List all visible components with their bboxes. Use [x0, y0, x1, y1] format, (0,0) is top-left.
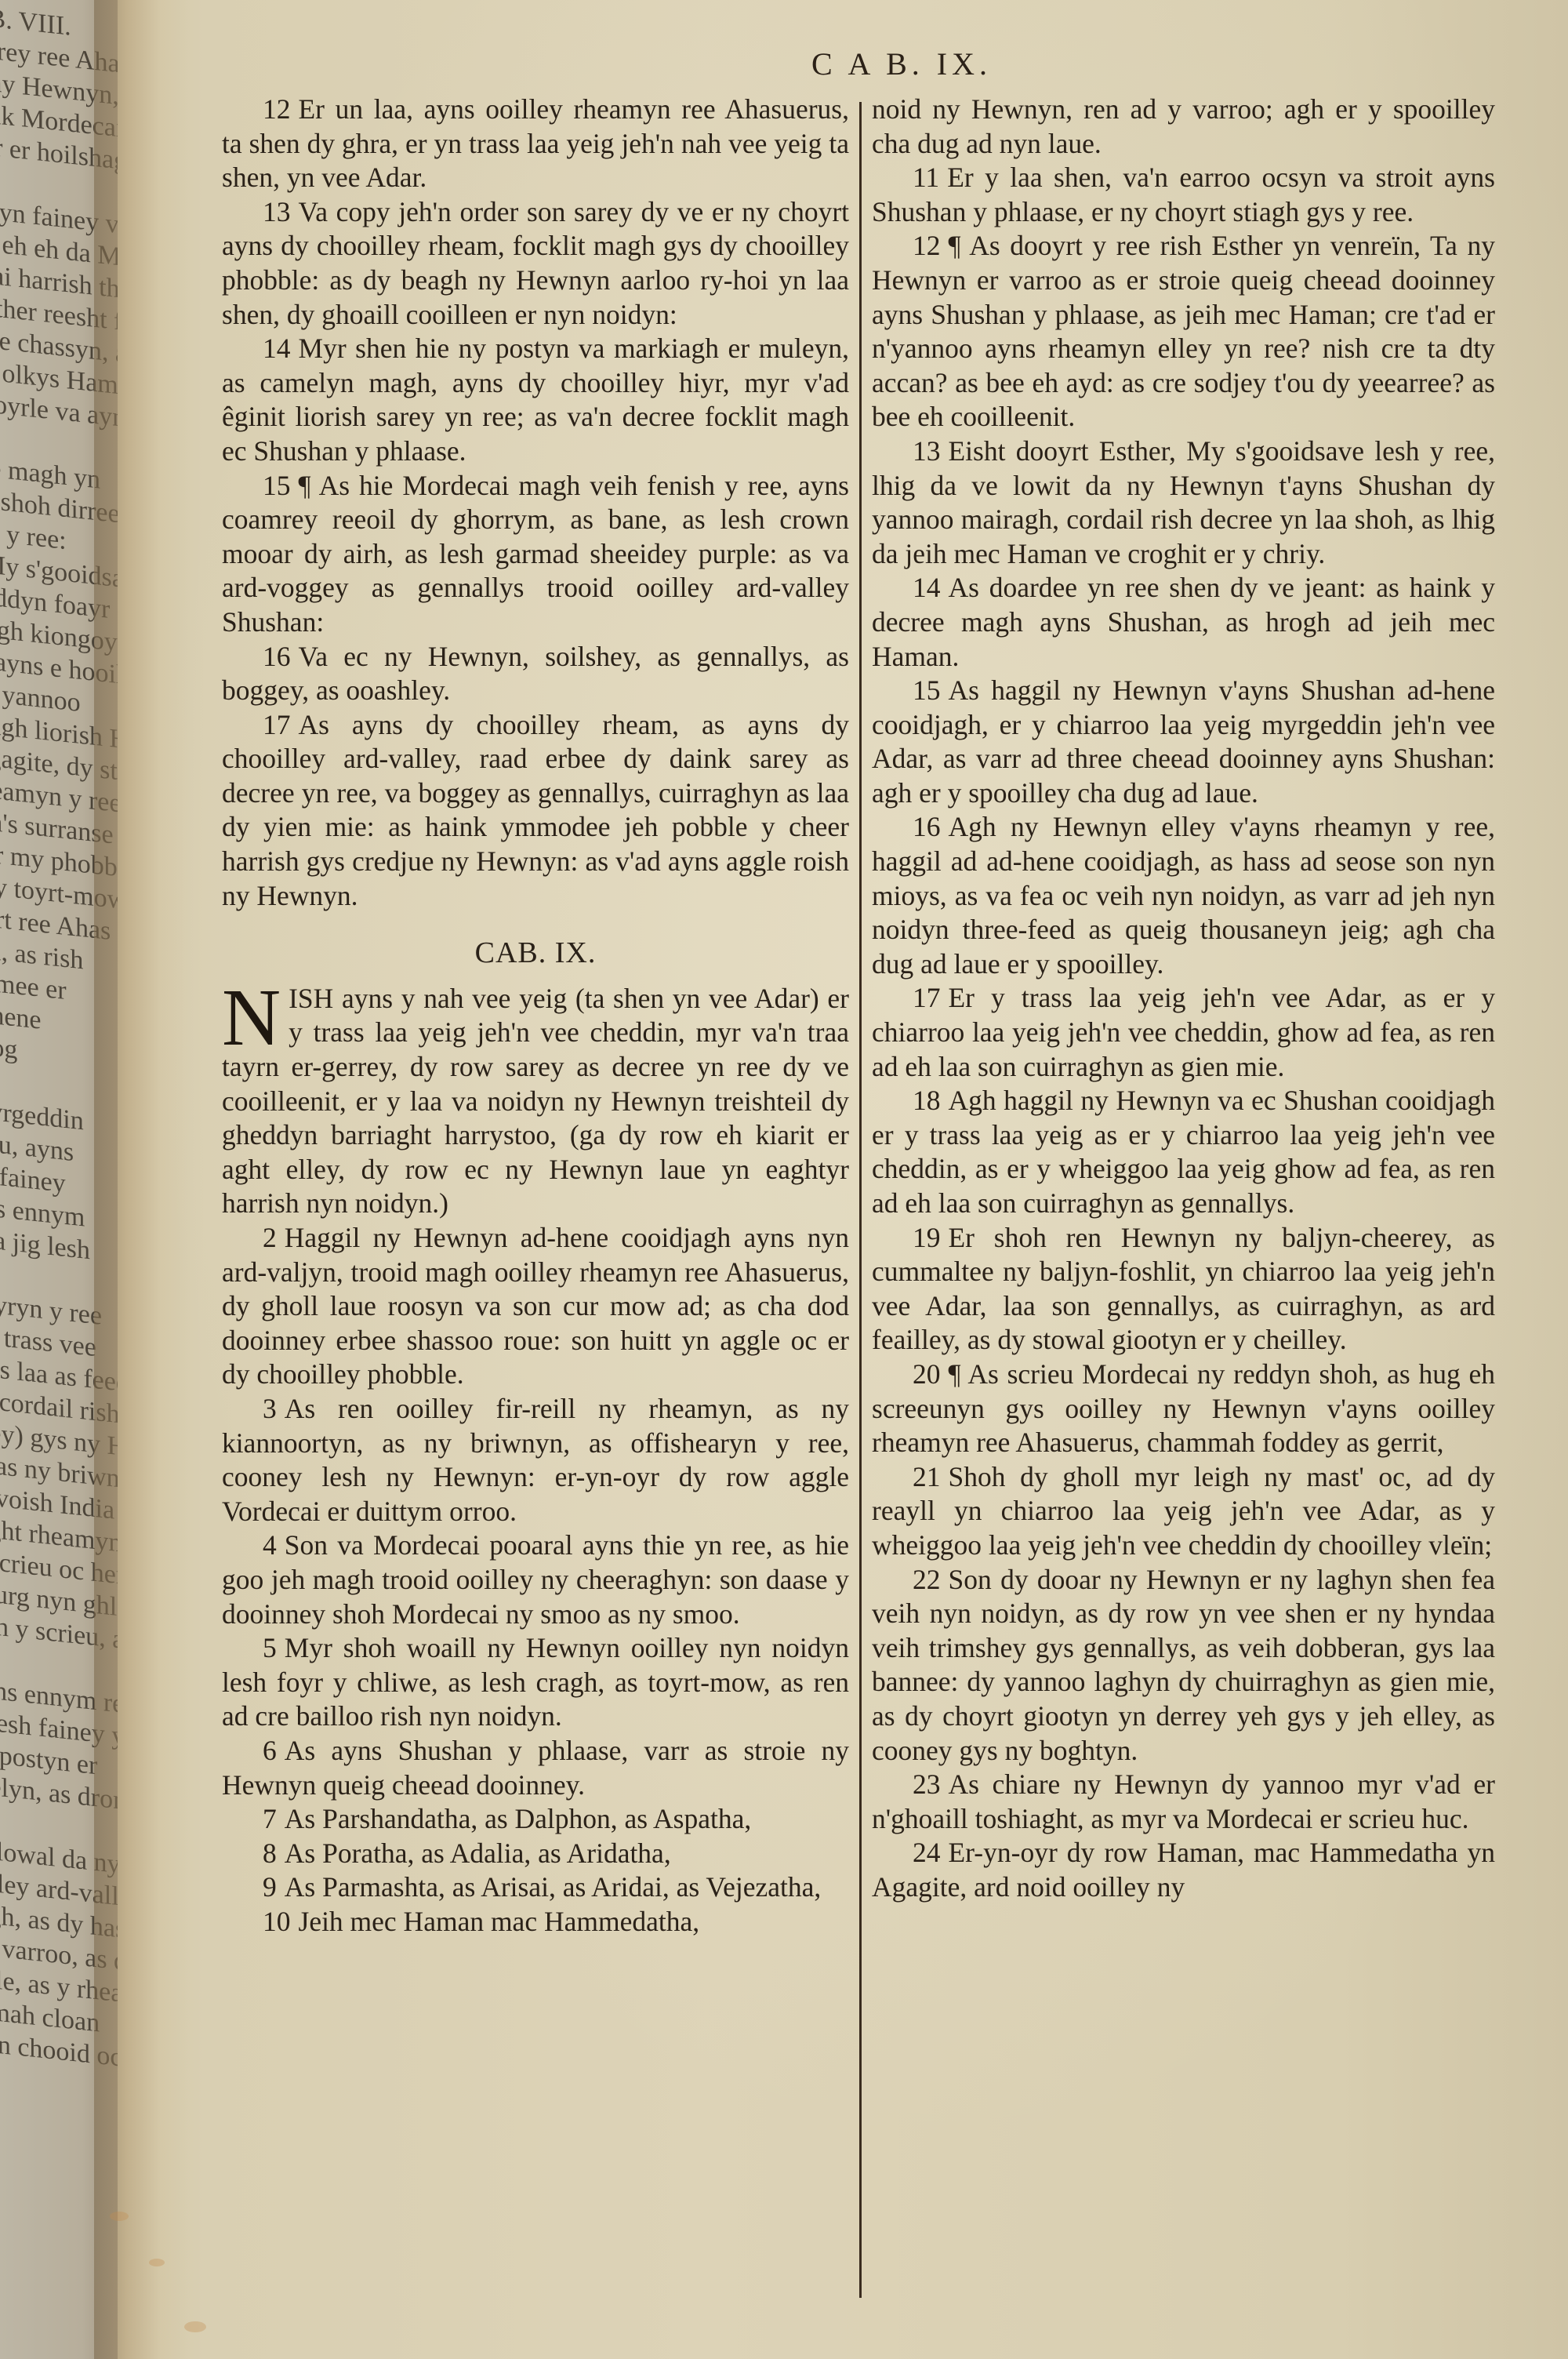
- verse-23: 23As chiare ny Hewnyn dy yannoo myr v'ad…: [872, 1768, 1495, 1836]
- chapter-ix-verses-left: 2Haggil ny Hewnyn ad-hene cooidjagh ayns…: [222, 1221, 849, 1939]
- verse-number: 15: [263, 470, 291, 501]
- verse-number: 18: [913, 1085, 941, 1116]
- verse-text: Son va Mordecai pooaral ayns thie yn ree…: [222, 1529, 849, 1629]
- verse-text: Va copy jeh'n order son sarey dy ve er n…: [222, 196, 849, 330]
- verse-8: 8As Poratha, as Adalia, as Aridatha,: [222, 1837, 849, 1871]
- verse-14: 14Myr shen hie ny postyn va markiagh er …: [222, 332, 849, 468]
- verse-16: 16Agh ny Hewnyn elley v'ayns rheamyn y r…: [872, 810, 1495, 981]
- verse-6: 6As ayns Shushan y phlaase, varr as stro…: [222, 1734, 849, 1802]
- verse-17: 17As ayns dy chooilley rheam, as ayns dy…: [222, 708, 849, 914]
- chapter-ix-verses-right: 11Er y laa shen, va'n earroo ocsyn va st…: [872, 161, 1495, 1904]
- verse-3: 3As ren ooilley fir-reill ny rheamyn, as…: [222, 1392, 849, 1528]
- verse-text: Eisht dooyrt Esther, My s'gooidsave lesh…: [872, 435, 1495, 569]
- verse-continuation: noid ny Hewnyn, ren ad y varroo; agh er …: [872, 93, 1495, 161]
- verse-15: 15¶ As hie Mordecai magh veih fenish y r…: [222, 469, 849, 640]
- verse-number: 17: [913, 982, 941, 1013]
- pilcrow-icon: ¶: [299, 470, 319, 501]
- verse-text: Agh haggil ny Hewnyn va ec Shushan cooid…: [872, 1085, 1495, 1219]
- verse-number: 17: [263, 709, 291, 740]
- verse-number: 8: [263, 1837, 277, 1869]
- opening-caps: ISH: [289, 983, 333, 1014]
- running-head: C A B. IX.: [776, 45, 1027, 82]
- verse-number: 2: [263, 1222, 277, 1253]
- verse-24: 24Er-yn-oyr dy row Haman, mac Hammedatha…: [872, 1836, 1495, 1904]
- verse-text: Haggil ny Hewnyn ad-hene cooidjagh ayns …: [222, 1222, 849, 1390]
- verse-number: 21: [913, 1461, 941, 1492]
- verse-number: 13: [913, 435, 941, 467]
- verse-text: Er shoh ren Hewnyn ny baljyn-cheerey, as…: [872, 1222, 1495, 1356]
- verse-text: Shoh dy gholl myr leigh ny mast' oc, ad …: [872, 1461, 1495, 1561]
- verse-text: Er-yn-oyr dy row Haman, mac Hammedatha y…: [872, 1837, 1495, 1903]
- verse-text: As chiare ny Hewnyn dy yannoo myr v'ad e…: [872, 1768, 1495, 1834]
- verse-number: 12: [913, 230, 941, 261]
- verse-12: 12¶ As dooyrt y ree rish Esther yn venre…: [872, 229, 1495, 434]
- verse-22: 22Son dy dooar ny Hewnyn er ny laghyn sh…: [872, 1563, 1495, 1768]
- chapter-viii-verses: 12Er un laa, ayns ooilley rheamyn ree Ah…: [222, 93, 849, 913]
- verse-number: 10: [263, 1906, 291, 1937]
- verse-number: 11: [913, 162, 939, 193]
- verse-number: 16: [263, 641, 291, 672]
- verse-number: 24: [913, 1837, 941, 1868]
- verse-16: 16Va ec ny Hewnyn, soilshey, as gennally…: [222, 640, 849, 708]
- verse-7: 7As Parshandatha, as Dalphon, as Aspatha…: [222, 1802, 849, 1837]
- verse-19: 19Er shoh ren Hewnyn ny baljyn-cheerey, …: [872, 1221, 1495, 1358]
- left-column: 12Er un laa, ayns ooilley rheamyn ree Ah…: [222, 93, 849, 1939]
- verse-number: 14: [263, 333, 291, 364]
- verse-17: 17Er y trass laa yeig jeh'n vee Adar, as…: [872, 981, 1495, 1084]
- verse-4: 4Son va Mordecai pooaral ayns thie yn re…: [222, 1528, 849, 1631]
- verse-10: 10Jeih mec Haman mac Hammedatha,: [222, 1905, 849, 1939]
- verse-text: Va ec ny Hewnyn, soilshey, as gennallys,…: [222, 641, 849, 707]
- book-page: AB. VIII.livrey ree Ahasuerusd ny Hewnyn…: [0, 0, 1568, 2359]
- verse-12: 12Er un laa, ayns ooilley rheamyn ree Ah…: [222, 93, 849, 195]
- verse-number: 6: [263, 1735, 277, 1766]
- verse-number: 20: [913, 1358, 941, 1390]
- pilcrow-icon: ¶: [949, 1358, 968, 1390]
- verse-text: As ren ooilley fir-reill ny rheamyn, as …: [222, 1393, 849, 1527]
- foxing-stain: [110, 2212, 129, 2221]
- verse-text: Er y laa shen, va'n earroo ocsyn va stro…: [872, 162, 1495, 227]
- verse-text: As Parmashta, as Arisai, as Aridai, as V…: [285, 1871, 822, 1903]
- verse-text: As Parshandatha, as Dalphon, as Aspatha,: [285, 1803, 752, 1834]
- verse-13: 13Va copy jeh'n order son sarey dy ve er…: [222, 195, 849, 332]
- verse-number: 12: [263, 93, 291, 125]
- column-divider: [859, 102, 862, 2298]
- right-column: noid ny Hewnyn, ren ad y varroo; agh er …: [872, 93, 1495, 1904]
- pilcrow-icon: ¶: [949, 230, 970, 261]
- verse-14: 14As doardee yn ree shen dy ve jeant: as…: [872, 571, 1495, 674]
- foxing-stain: [184, 2321, 206, 2332]
- verse-number: 19: [913, 1222, 941, 1253]
- verse-text: As ayns dy chooilley rheam, as ayns dy c…: [222, 709, 849, 911]
- verse-text: Son dy dooar ny Hewnyn er ny laghyn shen…: [872, 1564, 1495, 1766]
- verse-20: 20¶ As scrieu Mordecai ny reddyn shoh, a…: [872, 1358, 1495, 1460]
- chapter-ix-opening: NISH ayns y nah vee yeig (ta shen yn vee…: [222, 982, 849, 1221]
- verse-number: 22: [913, 1564, 941, 1595]
- opening-text: ayns y nah vee yeig (ta shen yn vee Adar…: [222, 983, 849, 1219]
- verse-number: 9: [263, 1871, 277, 1903]
- verse-text: Jeih mec Haman mac Hammedatha,: [299, 1906, 700, 1937]
- chapter-heading: CAB. IX.: [222, 936, 849, 971]
- verse-13: 13Eisht dooyrt Esther, My s'gooidsave le…: [872, 434, 1495, 571]
- verse-18: 18Agh haggil ny Hewnyn va ec Shushan coo…: [872, 1084, 1495, 1220]
- verse-15: 15As haggil ny Hewnyn v'ayns Shushan ad-…: [872, 674, 1495, 810]
- verse-text: As haggil ny Hewnyn v'ayns Shushan ad-he…: [872, 674, 1495, 809]
- verse-9: 9As Parmashta, as Arisai, as Aridai, as …: [222, 1870, 849, 1905]
- verse-number: 4: [263, 1529, 277, 1561]
- verse-text: Myr shen hie ny postyn va markiagh er mu…: [222, 333, 849, 467]
- foxing-stain: [149, 2259, 165, 2266]
- verse-text: As doardee yn ree shen dy ve jeant: as h…: [872, 572, 1495, 671]
- verse-2: 2Haggil ny Hewnyn ad-hene cooidjagh ayns…: [222, 1221, 849, 1392]
- verse-text: Myr shoh woaill ny Hewnyn ooilley nyn no…: [222, 1632, 849, 1732]
- verse-number: 13: [263, 196, 291, 227]
- verse-text: As Poratha, as Adalia, as Aridatha,: [285, 1837, 671, 1869]
- drop-cap-letter: N: [222, 985, 281, 1049]
- verse-21: 21Shoh dy gholl myr leigh ny mast' oc, a…: [872, 1460, 1495, 1563]
- verse-number: 15: [913, 674, 941, 706]
- verse-number: 3: [263, 1393, 277, 1424]
- book-gutter-shadow: [94, 0, 188, 2359]
- verse-text: Agh ny Hewnyn elley v'ayns rheamyn y ree…: [872, 811, 1495, 979]
- verse-number: 14: [913, 572, 941, 603]
- verse-number: 5: [263, 1632, 277, 1663]
- verse-text: Er y trass laa yeig jeh'n vee Adar, as e…: [872, 982, 1495, 1081]
- verse-5: 5Myr shoh woaill ny Hewnyn ooilley nyn n…: [222, 1631, 849, 1734]
- verse-number: 7: [263, 1803, 277, 1834]
- verse-text: Er un laa, ayns ooilley rheamyn ree Ahas…: [222, 93, 849, 193]
- verse-number: 23: [913, 1768, 941, 1800]
- verse-11: 11Er y laa shen, va'n earroo ocsyn va st…: [872, 161, 1495, 229]
- verse-text: As ayns Shushan y phlaase, varr as stroi…: [222, 1735, 849, 1801]
- verse-number: 16: [913, 811, 941, 842]
